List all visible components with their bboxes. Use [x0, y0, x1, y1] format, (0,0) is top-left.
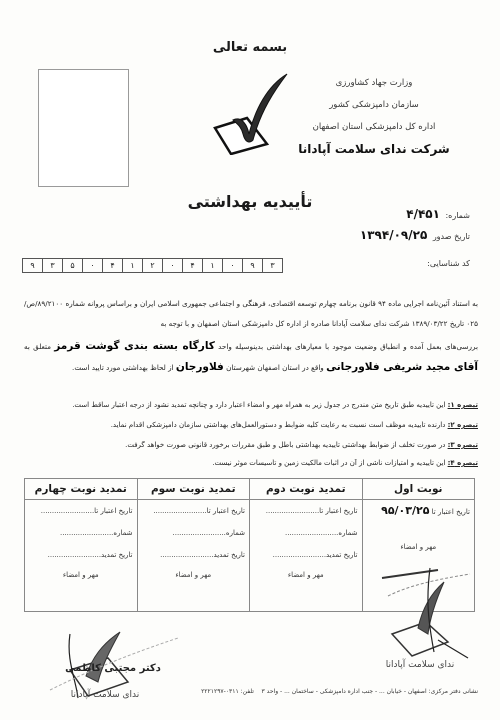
number-label: شماره	[113, 529, 132, 537]
issue-date-label: تاریخ صدور	[433, 232, 470, 241]
code-digit: ۹	[243, 259, 263, 272]
stamp-label: مهر و امضاء	[367, 536, 471, 558]
provincial-office: اداره کل دامپزشکی استان اصفهان	[284, 122, 464, 132]
veterinary-organization: سازمان دامپزشکی کشور	[284, 100, 464, 110]
note-label: تبصره ۴:	[448, 459, 478, 467]
blank-fill: ........................	[153, 507, 206, 515]
note-3: تبصره ۳: در صورت تخلف از ضوابط بهداشتی ت…	[24, 441, 478, 449]
note-text: این تأییدیه و امتیازات ناشی از آن در اثب…	[212, 459, 445, 467]
stamp-label: مهر و امضاء	[254, 566, 358, 584]
legal-basis-paragraph: به استناد آئین‌نامه اجرایی ماده ۹۴ قانون…	[24, 294, 478, 334]
note-text: در صورت تخلف از ضوابط بهداشتی تأییدیه به…	[125, 441, 445, 449]
footer-address: نشانی دفتر مرکزی: اصفهان - خیابان ... - …	[262, 688, 478, 695]
note-1: تبصره ۱: این تأییدیه طبق تاریخ متن مندرج…	[24, 401, 478, 409]
validity-label: تاریخ اعتبار تا	[207, 507, 245, 515]
code-digit: ۹	[23, 259, 43, 272]
city-name: فلاورجان	[176, 361, 224, 373]
note-label: تبصره ۱:	[448, 401, 478, 409]
header-second-renewal: تمدید نوبت دوم	[250, 479, 363, 500]
ministry-name: وزارت جهاد کشاورزی	[284, 78, 464, 88]
footer-phone: تلفن: ۰۳۱۱-۲۲۲۱۲۹۷	[201, 688, 254, 695]
signer-name: دکتر مجتبی کاظمی	[28, 663, 198, 674]
validity-label: تاریخ اعتبار تا	[432, 508, 470, 516]
note-label: تبصره ۳:	[448, 441, 478, 449]
signer-company: ندای سلامت آپادانا	[40, 690, 170, 700]
code-digit: ۱	[203, 259, 223, 272]
owner-name: آقای مجید شریفی فلاورجانی	[326, 361, 478, 373]
document-number: شماره: ۴/۴۵۱	[406, 207, 470, 221]
location-prefix: واقع در استان اصفهان شهرستان	[226, 363, 324, 372]
number-line: شماره........................	[29, 522, 133, 544]
number-label: شماره	[338, 529, 357, 537]
validity-line: تاریخ اعتبار تا ۹۵/۰۳/۲۵	[367, 500, 471, 522]
blank-fill: ........................	[160, 551, 213, 559]
renewal-date-label: تاریخ تمدید	[101, 551, 132, 559]
id-code-grid: ۹ ۳ ۵ ۰ ۴ ۱ ۲ ۰ ۴ ۱ ۰ ۹ ۳	[22, 258, 283, 273]
renewal-date-line: تاریخ تمدید........................	[142, 544, 246, 566]
footer-contact: نشانی دفتر مرکزی: اصفهان - خیابان ... - …	[180, 688, 478, 695]
code-digit: ۲	[143, 259, 163, 272]
inspection-text: بررسی‌های بعمل آمده و انطباق وضعیت موجود…	[218, 342, 478, 351]
header-third-renewal: تمدید نوبت سوم	[137, 479, 250, 500]
header-first-term: نوبت اول	[362, 479, 475, 500]
company-stamp-icon	[378, 560, 473, 660]
header-fourth-renewal: تمدید نوبت چهارم	[25, 479, 138, 500]
blank-fill: ........................	[266, 507, 319, 515]
document-number-value: ۴/۴۵۱	[406, 207, 440, 221]
code-digit: ۰	[83, 259, 103, 272]
validity-line: تاریخ اعتبار تا........................	[254, 500, 358, 522]
checkmark-in-box-logo-icon	[205, 70, 290, 155]
blank-fill: ........................	[173, 529, 226, 537]
validity-value: ۹۵/۰۳/۲۵	[381, 504, 429, 517]
validity-line: تاریخ اعتبار تا........................	[142, 500, 246, 522]
second-renewal-cell: تاریخ اعتبار تا........................ …	[250, 500, 363, 612]
fourth-renewal-cell: تاریخ اعتبار تا........................ …	[25, 500, 138, 612]
note-label: تبصره ۲:	[448, 421, 478, 429]
document-number-label: شماره:	[445, 211, 470, 220]
code-digit: ۱	[123, 259, 143, 272]
blank-fill: ........................	[273, 551, 326, 559]
approval-paragraph: بررسی‌های بعمل آمده و انطباق وضعیت موجود…	[24, 336, 478, 378]
code-digit: ۰	[163, 259, 183, 272]
number-line: شماره........................	[142, 522, 246, 544]
invocation-heading: بسمه تعالی	[200, 40, 300, 55]
code-digit: ۳	[263, 259, 282, 272]
blank-fill: ........................	[41, 507, 94, 515]
code-digit: ۴	[183, 259, 203, 272]
unit-name: کارگاه بسته بندی گوشت قرمز	[54, 340, 215, 352]
stamp-label: مهر و امضاء	[29, 566, 133, 584]
validity-line: تاریخ اعتبار تا........................	[29, 500, 133, 522]
validity-label: تاریخ اعتبار تا	[94, 507, 132, 515]
code-digit: ۳	[43, 259, 63, 272]
closing-text: از لحاظ بهداشتی مورد تایید است.	[72, 363, 174, 372]
code-digit: ۴	[103, 259, 123, 272]
number-line: شماره........................	[254, 522, 358, 544]
code-digit: ۵	[63, 259, 83, 272]
note-2: تبصره ۲: دارنده تأییدیه موظف است نسبت به…	[24, 421, 478, 429]
validity-label: تاریخ اعتبار تا	[319, 507, 357, 515]
blank-fill: ........................	[48, 551, 101, 559]
owner-prefix: متعلق به	[24, 342, 51, 351]
photo-frame	[38, 69, 129, 187]
renewal-date-label: تاریخ تمدید	[326, 551, 357, 559]
renewal-date-line: تاریخ تمدید........................	[29, 544, 133, 566]
stamp-label: مهر و امضاء	[142, 566, 246, 584]
issue-date: تاریخ صدور ۱۳۹۴/۰۹/۲۵	[360, 228, 470, 242]
id-code-label: کد شناسایی:	[427, 259, 470, 268]
blank-fill: ........................	[60, 529, 113, 537]
note-text: دارنده تأییدیه موظف است نسبت به رعایت کل…	[111, 421, 446, 429]
stamp-company-name: ندای سلامت آپادانا	[370, 660, 470, 670]
third-renewal-cell: تاریخ اعتبار تا........................ …	[137, 500, 250, 612]
number-label: شماره	[226, 529, 245, 537]
blank-fill: ........................	[285, 529, 338, 537]
code-digit: ۰	[223, 259, 243, 272]
note-4: تبصره ۴: این تأییدیه و امتیازات ناشی از …	[24, 459, 478, 467]
document-title: تأییدیه بهداشتی	[150, 192, 350, 211]
renewal-date-line: تاریخ تمدید........................	[254, 544, 358, 566]
renewal-date-label: تاریخ تمدید	[214, 551, 245, 559]
company-name: شرکت ندای سلامت آپادانا	[284, 142, 464, 156]
renewal-header-row: نوبت اول تمدید نوبت دوم تمدید نوبت سوم ت…	[25, 479, 475, 500]
issue-date-value: ۱۳۹۴/۰۹/۲۵	[360, 228, 427, 242]
note-text: این تأییدیه طبق تاریخ متن مندرج در جدول …	[72, 401, 445, 409]
